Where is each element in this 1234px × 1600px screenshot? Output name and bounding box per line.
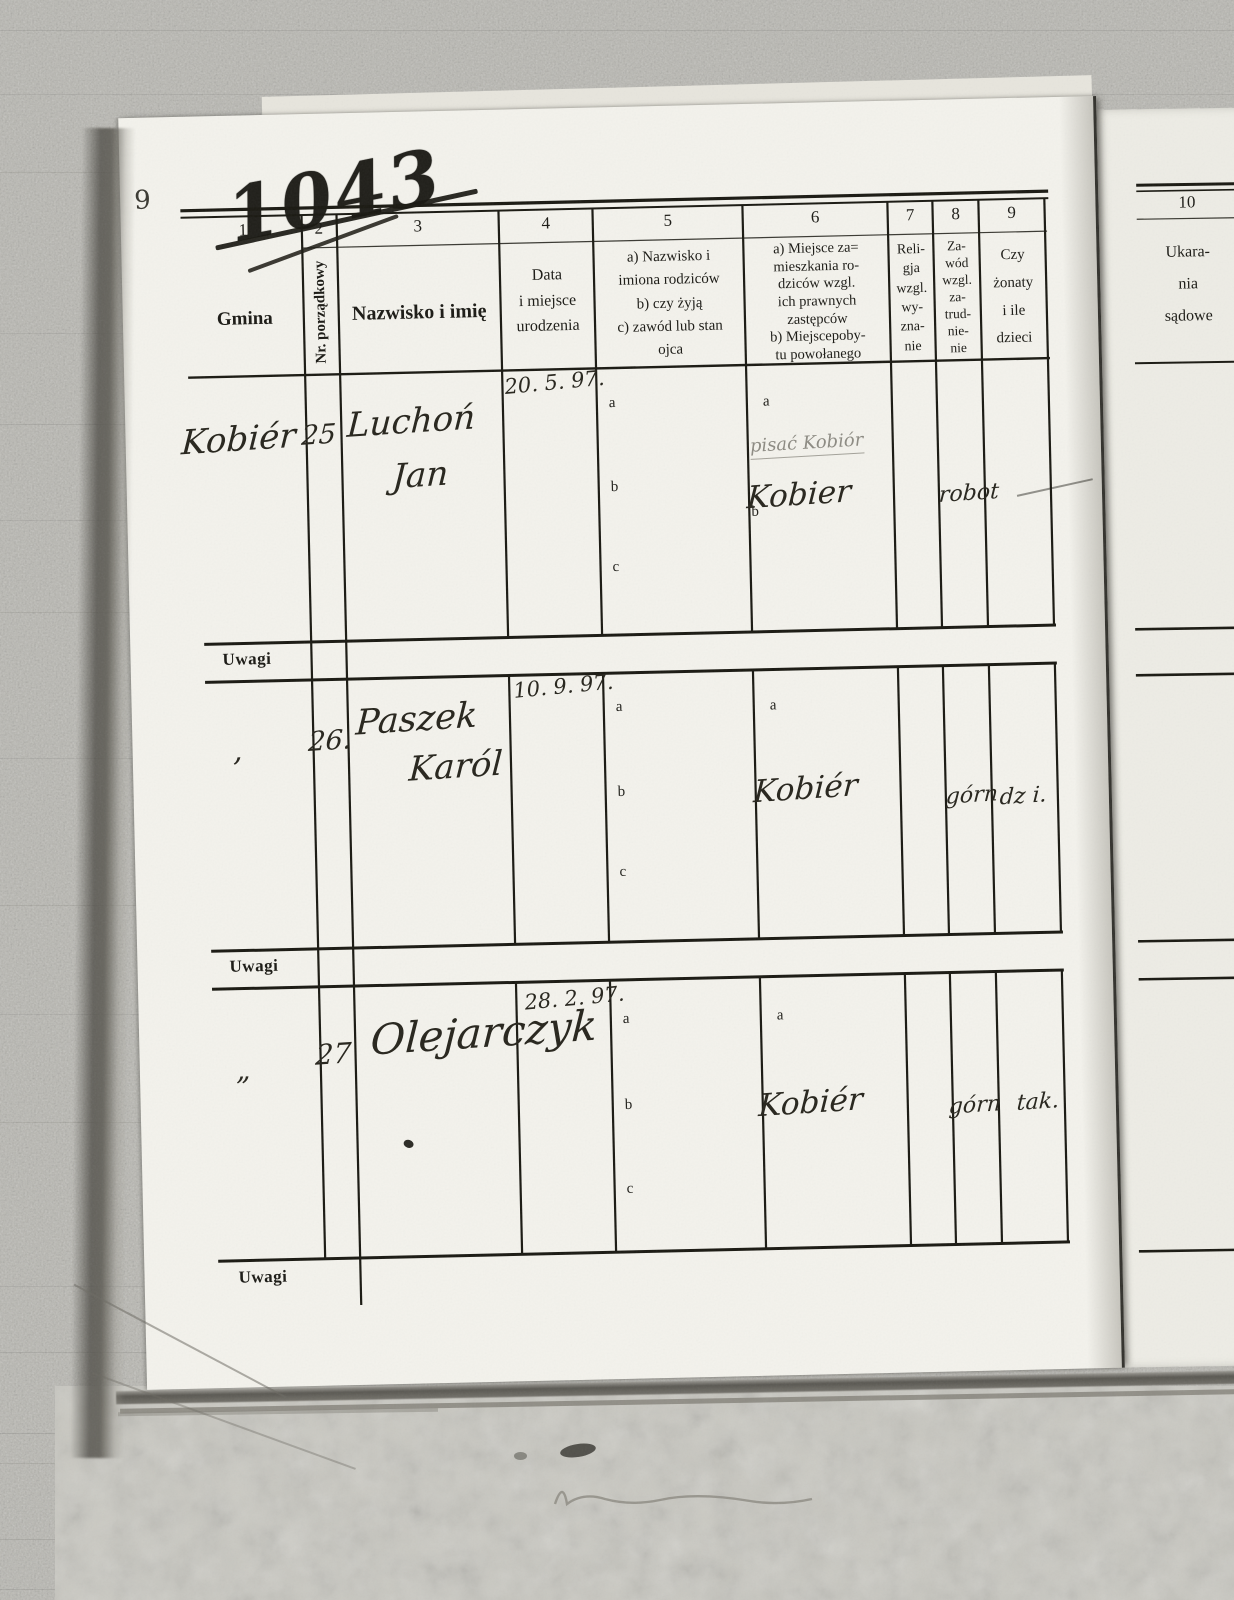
column-header-ukarania-sadowe: Ukara- nia sądowe <box>1137 236 1234 334</box>
record-nr-text: 26. <box>307 724 352 758</box>
record-nr-text: 27 <box>315 1036 353 1071</box>
record-marital-children-text: dz i. <box>999 782 1047 810</box>
record-marital-children: dz i. <box>1000 783 1047 809</box>
ink-smudge <box>514 1452 527 1460</box>
record-nr-text: 25 <box>301 419 337 452</box>
record-residence-text: Kobier <box>746 473 852 516</box>
column-number-2: 2 <box>301 218 337 239</box>
record-gmina: Kobiér <box>181 418 296 461</box>
column-header-rodzice: a) Nazwisko i imiona rodziców b) czy żyj… <box>593 244 746 364</box>
page-stack-edge-left <box>70 128 136 1458</box>
record-given-name-text: Jan <box>391 454 449 498</box>
handwritten-page-number: 9 <box>134 185 151 215</box>
record-surname: Luchoń <box>347 400 476 443</box>
record-occupation: górn <box>949 1092 1002 1118</box>
row-marker-c: c <box>612 559 619 576</box>
uwagi-label: Uwagi <box>222 649 271 670</box>
record-nr: 25 <box>301 419 336 451</box>
record-gmina-text: Kobiér <box>180 416 297 464</box>
record-given-name: Karól <box>409 746 503 788</box>
row-marker-a: a <box>616 699 623 716</box>
column-number-10: 10 <box>1136 192 1234 214</box>
record-given-name: Jan <box>392 455 449 496</box>
register-table: 1 2 3 4 5 6 7 8 9 Gmina Nr. porządkowy N… <box>184 189 1071 1333</box>
record-surname: Paszek <box>356 698 478 741</box>
record-surname-text: Luchoń <box>346 397 476 446</box>
record-occupation: górn <box>946 782 999 808</box>
column-number-5: 5 <box>593 209 743 232</box>
column-header-zawod: Za- wód wzgl. za- trud- nie- nie <box>933 237 982 357</box>
row-marker-b: b <box>625 1097 633 1114</box>
row-marker-b: b <box>617 784 625 801</box>
uwagi-label: Uwagi <box>238 1267 287 1288</box>
row-marker-a: a <box>777 1007 784 1024</box>
record-occupation: robot <box>939 480 999 506</box>
record-marital-children: tak. <box>1017 1089 1060 1115</box>
row-marker-c: c <box>619 864 626 881</box>
scanned-register-page: 9 1043 <box>0 0 1234 1600</box>
column-header-nr-porzadkowy-label: Nr. porządkowy <box>311 260 330 363</box>
column-number-7: 7 <box>887 205 932 226</box>
row-marker-b: b <box>611 479 619 496</box>
row-marker-a: a <box>770 697 777 714</box>
row-marker-a: a <box>609 395 616 412</box>
record-marital-children-text: tak. <box>1016 1088 1060 1116</box>
main-page: 9 1043 <box>118 96 1125 1390</box>
record-nr: 26. <box>308 725 352 757</box>
record-gmina: ‚ <box>232 734 242 769</box>
column-number-6: 6 <box>742 206 887 229</box>
column-header-miejsce-zamieszkania: a) Miejsce za= mieszkania ro- dziców wzg… <box>743 239 891 366</box>
record-residence-text: Kobiér <box>758 1081 864 1124</box>
column-header-czy-zonaty: Czy żonaty i ile dzieci <box>979 241 1048 353</box>
record-residence-text: Kobiér <box>752 767 858 810</box>
record-residence: Kobiér <box>758 1084 863 1122</box>
record-residence: Kobier <box>747 476 852 514</box>
record-surname: Olejarczyk <box>371 1006 598 1060</box>
record-occupation-text: robot <box>938 479 1000 508</box>
underlying-page <box>55 1386 1234 1600</box>
record-gmina: „ <box>236 1053 251 1086</box>
record-given-name-text: Karól <box>408 744 504 790</box>
record-occupation-text: górn <box>948 1091 1002 1119</box>
row-marker-c: c <box>626 1181 633 1198</box>
uwagi-label: Uwagi <box>229 956 278 977</box>
record-occupation-text: górn <box>945 781 999 809</box>
column-header-nazwisko: Nazwisko i imię <box>337 298 501 328</box>
row-marker-a: a <box>763 393 770 410</box>
column-number-1: 1 <box>185 219 301 242</box>
column-number-9: 9 <box>978 202 1044 223</box>
record-surname-text: Paszek <box>355 696 479 744</box>
record-residence: Kobiér <box>753 770 858 808</box>
column-number-3: 3 <box>337 215 499 239</box>
column-number-8: 8 <box>932 204 978 225</box>
column-header-data-urodzenia: Data i miejsce urodzenia <box>500 261 596 340</box>
record-nr: 27 <box>315 1037 351 1071</box>
scan-line <box>0 30 1234 31</box>
column-number-4: 4 <box>499 212 593 234</box>
row-marker-a: a <box>623 1011 630 1028</box>
column-header-religja: Reli- gja wzgl. wy- zna- nie <box>888 240 936 357</box>
